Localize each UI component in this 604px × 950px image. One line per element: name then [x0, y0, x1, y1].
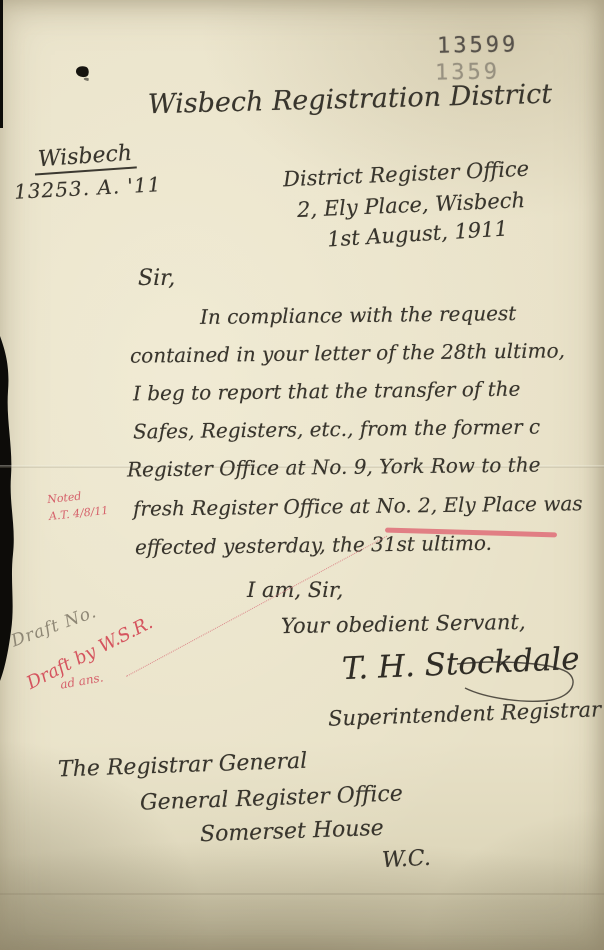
body-line-6-post: was	[537, 491, 583, 516]
body-line-3: I beg to report that the transfer of the	[133, 377, 521, 406]
signature-flourish	[455, 658, 585, 704]
stamp-number-primary: 13599	[437, 32, 519, 58]
closing-i-am: I am, Sir,	[247, 578, 343, 602]
annotation-noted: Noted A.T. 4/8/11	[46, 485, 109, 525]
closing-valediction: Your obedient Servant,	[281, 610, 526, 638]
body-line-5: Register Office at No. 9, York Row to th…	[127, 452, 541, 481]
body-line-7: effected yesterday, the 31st ultimo.	[135, 531, 492, 559]
body-line-1: In compliance with the request	[200, 301, 517, 329]
fold-crease-bottom	[0, 893, 604, 895]
document-scan: 13599 1359 Wisbech Registration District…	[0, 0, 604, 950]
body-line-4: Safes, Registers, etc., from the former …	[133, 415, 540, 444]
underlined-new-address: No. 2, Ely Place	[376, 492, 537, 518]
body-line-6-pre: fresh Register Office at	[133, 494, 376, 521]
salutation: Sir,	[138, 266, 175, 291]
recipient-line4: W.C.	[381, 846, 431, 874]
scan-edge-strip	[0, 0, 3, 128]
